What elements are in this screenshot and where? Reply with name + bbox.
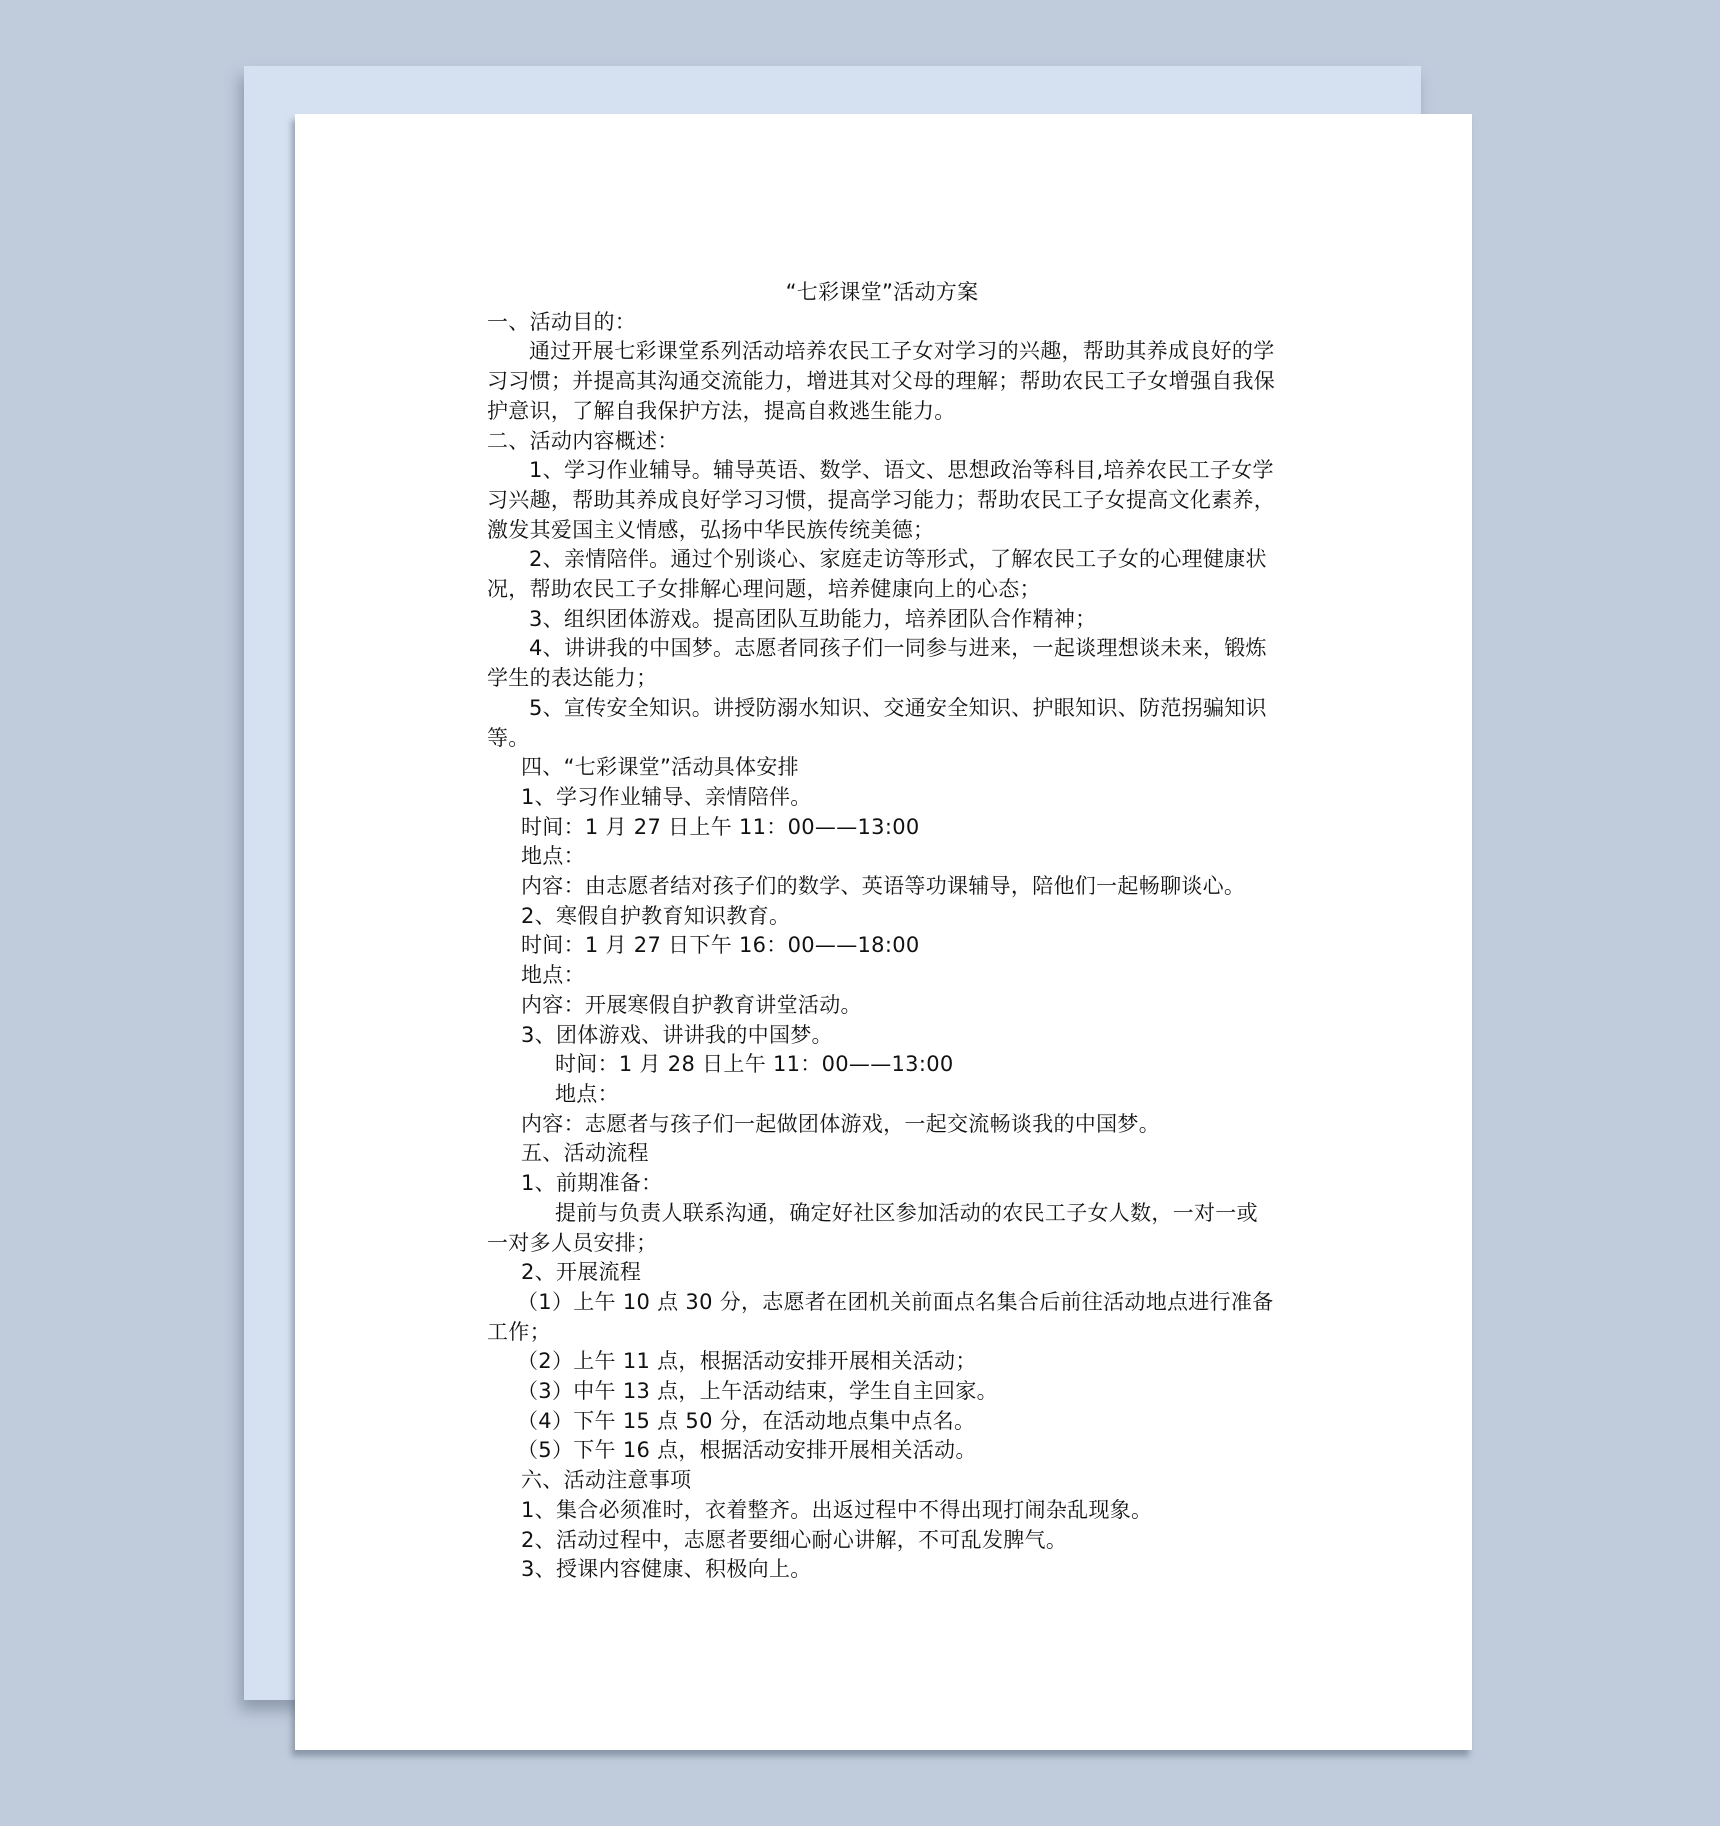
section-heading-notes: 六、活动注意事项 [487,1466,1277,1496]
activity-content: 内容：开展寒假自护教育讲堂活动。 [487,991,1277,1021]
note-item: 3、授课内容健康、积极向上。 [487,1555,1277,1585]
activity-title: 3、团体游戏、讲讲我的中国梦。 [487,1021,1277,1051]
activity-time: 时间：1 月 28 日上午 11：00——13:00 [487,1050,1277,1080]
note-item: 1、集合必须准时，衣着整齐。出返过程中不得出现打闹杂乱现象。 [487,1496,1277,1526]
prep-title: 1、前期准备： [487,1169,1277,1199]
activity-place: 地点： [487,961,1277,991]
flow-step: （5）下午 16 点，根据活动安排开展相关活动。 [487,1436,1277,1466]
document-body: “七彩课堂”活动方案 一、活动目的： 通过开展七彩课堂系列活动培养农民工子女对学… [487,278,1277,1585]
flow-title: 2、开展流程 [487,1258,1277,1288]
overview-item: 4、讲讲我的中国梦。志愿者同孩子们一同参与进来，一起谈理想谈未来，锻炼学生的表达… [487,634,1277,693]
section-heading-schedule: 四、“七彩课堂”活动具体安排 [487,753,1277,783]
activity-place: 地点： [487,842,1277,872]
document-title: “七彩课堂”活动方案 [487,278,1277,308]
overview-item: 1、学习作业辅导。辅导英语、数学、语文、思想政治等科目,培养农民工子女学习兴趣，… [487,456,1277,545]
activity-place: 地点： [487,1080,1277,1110]
flow-step: （1）上午 10 点 30 分，志愿者在团机关前面点名集合后前往活动地点进行准备… [487,1288,1277,1347]
flow-step: （3）中午 13 点，上午活动结束，学生自主回家。 [487,1377,1277,1407]
activity-content: 内容：由志愿者结对孩子们的数学、英语等功课辅导，陪他们一起畅聊谈心。 [487,872,1277,902]
section-heading-process: 五、活动流程 [487,1139,1277,1169]
activity-time: 时间：1 月 27 日上午 11：00——13:00 [487,813,1277,843]
activity-title: 2、寒假自护教育知识教育。 [487,902,1277,932]
section-heading-purpose: 一、活动目的： [487,308,1277,338]
flow-step: （4）下午 15 点 50 分，在活动地点集中点名。 [487,1407,1277,1437]
activity-time: 时间：1 月 27 日下午 16：00——18:00 [487,931,1277,961]
overview-item: 5、宣传安全知识。讲授防溺水知识、交通安全知识、护眼知识、防范拐骗知识等。 [487,694,1277,753]
activity-title: 1、学习作业辅导、亲情陪伴。 [487,783,1277,813]
prep-body: 提前与负责人联系沟通，确定好社区参加活动的农民工子女人数，一对一或一对多人员安排… [487,1199,1277,1258]
overview-item: 2、亲情陪伴。通过个别谈心、家庭走访等形式，了解农民工子女的心理健康状况，帮助农… [487,545,1277,604]
note-item: 2、活动过程中，志愿者要细心耐心讲解，不可乱发脾气。 [487,1526,1277,1556]
document-page: “七彩课堂”活动方案 一、活动目的： 通过开展七彩课堂系列活动培养农民工子女对学… [295,114,1472,1750]
flow-step: （2）上午 11 点，根据活动安排开展相关活动； [487,1347,1277,1377]
purpose-paragraph: 通过开展七彩课堂系列活动培养农民工子女对学习的兴趣，帮助其养成良好的学习习惯；并… [487,337,1277,426]
activity-content: 内容：志愿者与孩子们一起做团体游戏，一起交流畅谈我的中国梦。 [487,1110,1277,1140]
section-heading-overview: 二、活动内容概述： [487,427,1277,457]
overview-item: 3、组织团体游戏。提高团队互助能力，培养团队合作精神； [487,605,1277,635]
